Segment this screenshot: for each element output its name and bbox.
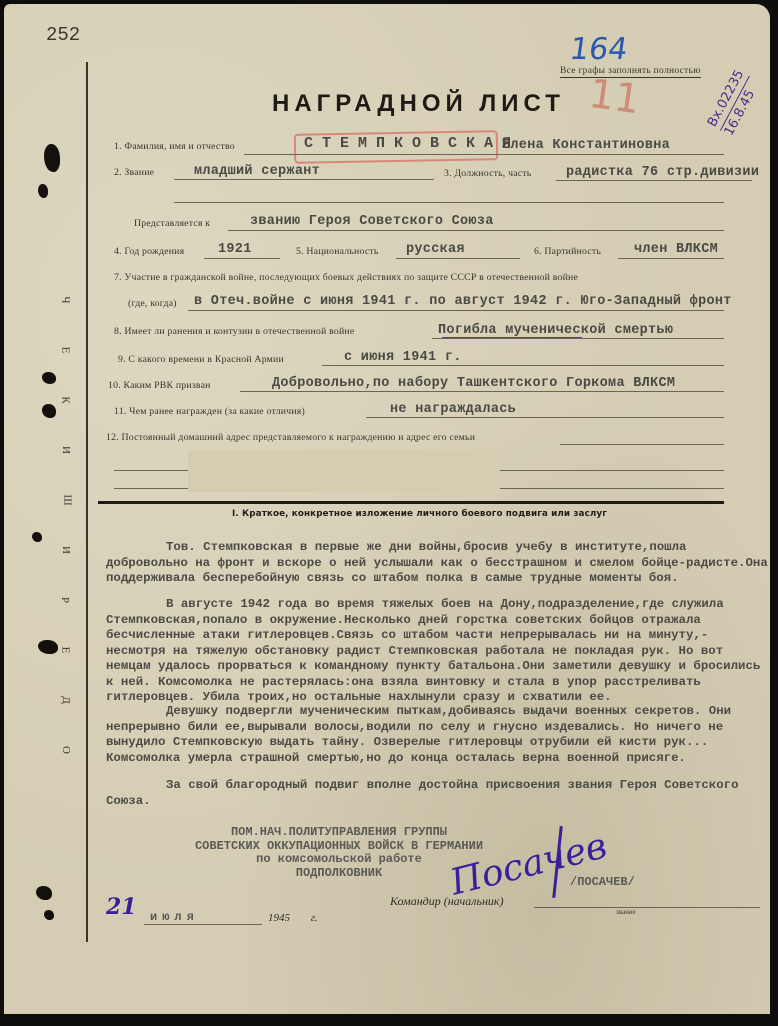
section-heading: I. Краткое, конкретное изложение личного… [232,509,607,519]
field-position-row: 3. Должность, часть [444,168,531,179]
spine-letter: Р [59,597,71,603]
field-rule [396,258,520,259]
document-title: НАГРАДНОЙ ЛИСТ [272,90,565,118]
wounds-row: 8. Имеет ли ранения и контузии в отечест… [114,326,354,337]
field-rule [366,417,724,418]
birth-year-value: 1921 [218,242,252,257]
field-label: 4. Год рождения [114,246,184,257]
field-name-row: 1. Фамилия, имя и отчество [114,141,235,152]
rank-value: младший сержант [194,164,320,179]
birth-year-row: 4. Год рождения [114,246,184,257]
war-participation-row: 7. Участие в гражданской войне, последую… [114,272,578,283]
nationality-row: 5. Национальность [296,246,379,257]
field-rule [556,180,752,181]
paragraph-text: Тов. Стемпковская в первые же дни войны,… [106,540,774,587]
red-pencil-mark: 11 [586,71,643,124]
year-value: 1945 [268,912,290,924]
narrative-paragraph: В августе 1942 года во время тяжелых бое… [106,597,774,706]
field-rule [228,230,724,231]
field-rule [322,365,724,366]
position-value: радистка 76 стр.дивизии [566,165,759,180]
wounds-value: Погибла мученической смертью [438,323,673,338]
date-month: июля [150,910,199,924]
date-day: 21 [106,894,137,920]
previous-awards-value: не награждалась [390,402,516,417]
spine-letter: И [60,446,72,454]
binding-hole [42,372,56,384]
binding-hole [42,404,56,418]
previous-awards-row: 11. Чем ранее награжден (за какие отличи… [114,406,305,417]
field-label: 2. Звание [114,167,154,178]
paragraph-text: За свой благородный подвиг вполне достой… [106,778,774,809]
spine-letter: Е [59,647,71,654]
field-label: 11. Чем ранее награжден (за какие отличи… [114,406,305,417]
spine-letter: О [60,746,72,754]
signatory-line: СОВЕТСКИХ ОККУПАЦИОННЫХ ВОЙСК В ГЕРМАНИИ [184,840,494,854]
field-label: 8. Имеет ли ранения и контузии в отечест… [114,326,354,337]
field-label: 5. Национальность [296,246,379,257]
binding-hole [32,532,42,542]
draft-office-value: Добровольно,по набору Ташкентского Горко… [272,376,675,391]
narrative-paragraph: Девушку подвергли мученическим пыткам,до… [106,704,774,766]
party-row: 6. Партийность [534,246,601,257]
surname-value: СТЕМПКОВСКАЯ [304,135,520,152]
narrative-paragraph: Тов. Стемпковская в первые же дни войны,… [106,540,774,587]
fill-instruction: Все графы заполнять полностью [560,66,701,78]
margin-rule [86,62,88,942]
war-participation-value: в Отеч.войне с июня 1941 г. по август 19… [194,294,732,309]
signatory-line: ПОМ.НАЧ.ПОЛИТУПРАВЛЕНИЯ ГРУППЫ [184,826,494,840]
binding-hole [44,910,54,920]
binding-hole [38,184,48,198]
field-sublabel: (где, когда) [128,298,177,309]
binding-hole [36,886,52,900]
presented-value: званию Героя Советского Союза [250,214,494,229]
spine-letter: Е [59,347,71,354]
spine-letter: И [60,546,72,554]
section-divider [98,501,724,504]
redacted-address [188,450,500,492]
field-label: 1. Фамилия, имя и отчество [114,141,235,152]
signatory-name: /ПОСАЧЕВ/ [570,875,635,889]
paragraph-text: Девушку подвергли мученическим пыткам,до… [106,704,774,766]
commander-label: Командир (начальник) [390,894,504,909]
field-label: 3. Должность, часть [444,168,531,179]
narrative-paragraph: За свой благородный подвиг вполне достой… [106,778,774,809]
field-rule [618,258,724,259]
nationality-value: русская [406,242,465,257]
presented-row: Представляется к [134,218,210,229]
field-label: 6. Партийность [534,246,601,257]
field-rank-row: 2. Звание [114,167,154,178]
party-value: член ВЛКСМ [634,242,718,257]
sheet-number: 252 [46,24,80,46]
year-suffix: г. [311,912,318,924]
field-label: 12. Постоянный домашний адрес представля… [106,432,475,443]
rank-caption: звание [616,908,636,916]
spine-letter: К [60,396,72,403]
registration-stamp: Вх.02235 16.8.45 [704,67,766,139]
war-where-row: (где, когда) [128,298,177,309]
spine-letter: Ш [62,494,74,505]
field-label: 10. Каким РВК призван [108,380,211,391]
spine-letter: Ч [60,296,72,303]
army-since-row: 9. С какого времени в Красной Армии [118,354,284,365]
binding-hole [44,144,60,172]
binding-hole [38,640,58,654]
address-row: 12. Постоянный домашний адрес представля… [106,432,475,443]
field-rule [174,179,434,180]
field-label: 9. С какого времени в Красной Армии [118,354,284,365]
field-label: Представляется к [134,218,210,229]
field-rule [174,202,724,203]
field-rule [534,907,760,908]
given-name-value: Елена Константиновна [502,138,670,153]
field-rule [204,258,280,259]
field-label: 7. Участие в гражданской войне, последую… [114,272,578,283]
field-rule [144,924,262,925]
paragraph-text: В августе 1942 года во время тяжелых бое… [106,597,774,706]
field-rule [560,444,724,445]
draft-office-row: 10. Каким РВК призван [108,380,211,391]
field-rule [240,391,724,392]
award-sheet: 252 Ч Е К И Ш И Р Е Д О 164 11 Все графы… [4,4,770,1014]
archive-number: 164 [568,32,630,67]
spine-letter: Д [60,696,72,704]
field-rule [188,310,724,311]
army-since-value: с июня 1941 г. [344,350,462,365]
field-rule [244,154,724,155]
date-year: 1945 г. [268,912,318,924]
field-rule [432,338,724,339]
